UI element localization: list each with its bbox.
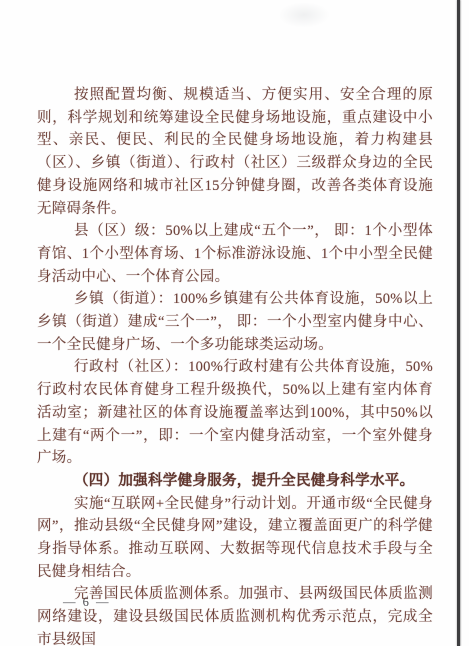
paragraph-village-community-two-ones: 行政村（社区）：100%行政村建有公共体育设施，50%行政村农民体育健身工程升级… <box>37 356 433 470</box>
paragraph-township-three-ones: 乡镇（街道）：100%乡镇建有公共体育设施，50%以上乡镇（街道）建成“三个一”… <box>37 288 433 356</box>
document-page: 按照配置均衡、规模适当、方便实用、安全合理的原则，科学规划和统筹建设全民健身场地… <box>0 0 469 646</box>
scan-smudge-artifact <box>278 2 330 28</box>
paragraph-physique-monitoring-system: 完善国民体质监测体系。加强市、县两级国民体质监测网络建设，建设县级国民体质监测机… <box>37 583 433 646</box>
scan-edge-line-artifact <box>457 0 460 646</box>
section-heading-four-scientific-fitness: （四）加强科学健身服务，提升全民健身科学水平。 <box>37 470 433 493</box>
paragraph-facility-planning-principles: 按照配置均衡、规模适当、方便实用、安全合理的原则，科学规划和统筹建设全民健身场地… <box>37 84 433 220</box>
paragraph-county-level-five-ones: 县（区）级：50%以上建成“五个一”， 即：1个小型体育馆、1个小型体育场、1个… <box>37 220 433 288</box>
paragraph-internet-plus-fitness: 实施“互联网+全民健身”行动计划。开通市级“全民健身网”，推动县级“全民健身网”… <box>37 493 433 584</box>
document-body-text: 按照配置均衡、规模适当、方便实用、安全合理的原则，科学规划和统筹建设全民健身场地… <box>37 84 433 646</box>
page-number: — 6 — <box>63 595 111 610</box>
